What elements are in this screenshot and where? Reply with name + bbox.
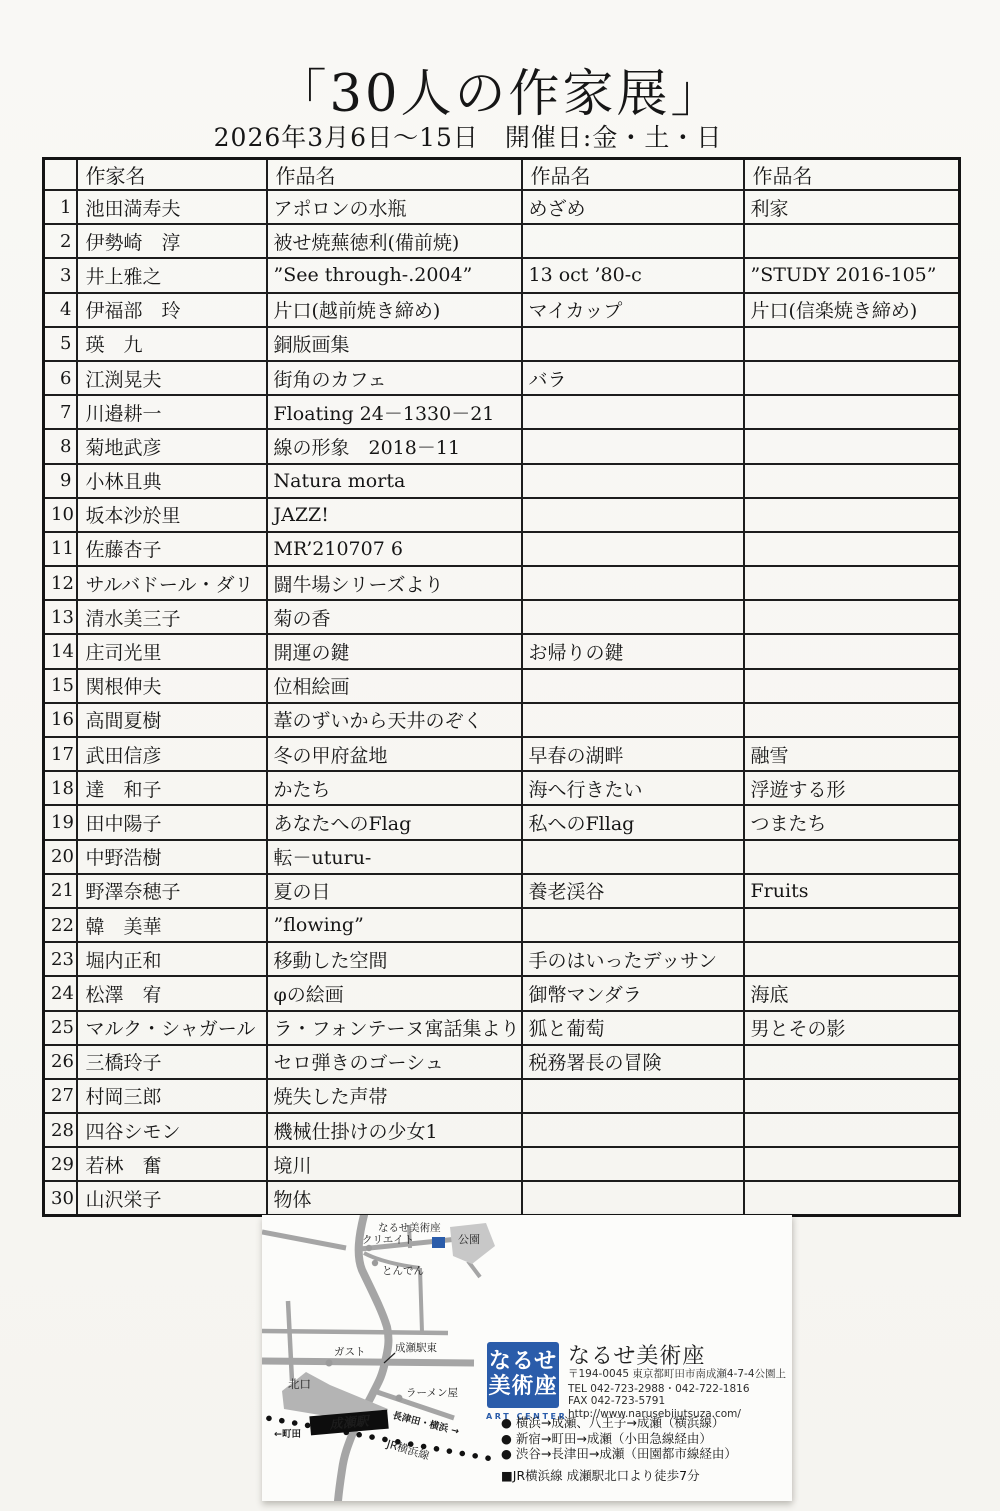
work-title-3: 浮遊する形 [744,771,960,805]
work-title-1: ラ・フォンテーヌ寓話集より [267,1011,522,1045]
artist-name: 佐藤杏子 [77,532,267,566]
gallery-logo: なるせ 美術座 [487,1342,559,1408]
header-work3: 作品名 [744,159,960,191]
row-number: 13 [44,600,77,634]
row-number: 21 [44,874,77,908]
work-title-1: 被せ焼蕪徳利(備前焼) [267,224,522,258]
table-row: 2伊勢崎 淳被せ焼蕪徳利(備前焼) [44,224,960,258]
table-row: 17武田信彦冬の甲府盆地早春の湖畔融雪 [44,737,960,771]
table-row: 25マルク・シャガールラ・フォンテーヌ寓話集より狐と葡萄男とその影 [44,1011,960,1045]
row-number: 6 [44,361,77,395]
row-number: 16 [44,703,77,737]
work-title-2: めざめ [522,190,744,224]
row-number: 22 [44,908,77,942]
exhibition-dates: 2026年3月6日〜15日 開催日:金・土・日 [0,118,1000,154]
artist-name: 菊地武彦 [77,429,267,463]
artist-name: 高間夏樹 [77,703,267,737]
work-title-2: 御幣マンダラ [522,976,744,1010]
artist-name: 達 和子 [77,771,267,805]
artist-name: 伊福部 玲 [77,293,267,327]
access-route-2: ● 新宿→町田→成瀬（小田急線経由） [501,1431,737,1447]
table-row: 26三橋玲子セロ弾きのゴーシュ税務署長の冒険 [44,1045,960,1079]
header-work2: 作品名 [522,159,744,191]
access-routes: ● 横浜→成瀬、八王子→成瀬（横浜線） ● 新宿→町田→成瀬（小田急線経由） ●… [501,1415,737,1462]
work-title-2: 養老渓谷 [522,874,744,908]
table-row: 23堀内正和移動した空間手のはいったデッサン [44,942,960,976]
work-title-3 [744,669,960,703]
work-title-1: 菊の香 [267,600,522,634]
row-number: 17 [44,737,77,771]
table-row: 15関根伸夫位相絵画 [44,669,960,703]
work-title-3 [744,942,960,976]
map-ramen-dot [396,1395,403,1402]
table-row: 24松澤 宥φの絵画御幣マンダラ海底 [44,976,960,1010]
artist-name: 野澤奈穂子 [77,874,267,908]
gallery-fax: FAX 042-723-5791 [568,1395,665,1407]
work-title-2 [522,224,744,258]
work-title-1: 物体 [267,1181,522,1215]
work-title-3 [744,464,960,498]
work-title-3 [744,224,960,258]
row-number: 29 [44,1147,77,1181]
header-number [44,159,77,191]
page-title: 「30人の作家展」 [0,52,1000,126]
work-title-1: 開運の鍵 [267,634,522,668]
work-title-1: MR’210707 6 [267,532,522,566]
work-title-3: つまたち [744,805,960,839]
gallery-logo-line1: なるせ [489,1350,557,1375]
artist-name: 若林 奮 [77,1147,267,1181]
table-row: 9小林且典Natura morta [44,464,960,498]
artist-name: 堀内正和 [77,942,267,976]
row-number: 27 [44,1079,77,1113]
row-number: 4 [44,293,77,327]
row-number: 20 [44,840,77,874]
map-venue-marker [432,1237,445,1248]
table-row: 7川邉耕一Floating 24－1330－21 [44,395,960,429]
table-row: 20中野浩樹転－uturu- [44,840,960,874]
row-number: 3 [44,258,77,292]
work-title-3 [744,703,960,737]
work-title-1: 線の形象 2018－11 [267,429,522,463]
row-number: 2 [44,224,77,258]
work-title-2 [522,1181,744,1215]
row-number: 30 [44,1181,77,1215]
machida-label: ←町田 [274,1429,301,1440]
work-title-3 [744,395,960,429]
work-title-2: 狐と葡萄 [522,1011,744,1045]
gallery-address: 〒194-0045 東京都町田市南成瀬4-7-4公園上 [568,1366,786,1381]
table-row: 22韓 美華”flowing” [44,908,960,942]
north-exit-label: 北口 [288,1377,311,1391]
work-title-2 [522,840,744,874]
work-title-1: 冬の甲府盆地 [267,737,522,771]
work-title-2 [522,600,744,634]
work-title-1: 銅版画集 [267,327,522,361]
row-number: 25 [44,1011,77,1045]
work-title-2 [522,703,744,737]
row-number: 23 [44,942,77,976]
work-title-3: 海底 [744,976,960,1010]
work-title-3: 片口(信楽焼き締め) [744,293,960,327]
artist-name: 池田満寿夫 [77,190,267,224]
table-row: 3井上雅之”See through-.2004”13 oct ’80-c”STU… [44,258,960,292]
work-title-1: 機械仕掛けの少女1 [267,1113,522,1147]
row-number: 28 [44,1113,77,1147]
work-title-1: アポロンの水瓶 [267,190,522,224]
table-row: 16高間夏樹葦のずいから天井のぞく [44,703,960,737]
artist-name: 韓 美華 [77,908,267,942]
work-title-1: 移動した空間 [267,942,522,976]
artist-name: 村岡三郎 [77,1079,267,1113]
row-number: 19 [44,805,77,839]
work-title-3: 融雪 [744,737,960,771]
work-title-3 [744,1113,960,1147]
table-row: 19田中陽子あなたへのFlag私へのFllagつまたち [44,805,960,839]
header-work1: 作品名 [267,159,522,191]
map-road-topleft [262,1232,346,1248]
work-title-1: 街角のカフェ [267,361,522,395]
map-road-park-stub [468,1261,480,1277]
table-row: 21野澤奈穂子夏の日養老渓谷Fruits [44,874,960,908]
table-row: 30山沢栄子物体 [44,1181,960,1215]
artist-name: 三橋玲子 [77,1045,267,1079]
ramen-label: ラーメン屋 [406,1387,458,1399]
work-title-3 [744,840,960,874]
artist-name: 伊勢崎 淳 [77,224,267,258]
work-title-1: 焼失した声帯 [267,1079,522,1113]
table-row: 6江渕晃夫街角のカフェバラ [44,361,960,395]
table-row: 27村岡三郎焼失した声帯 [44,1079,960,1113]
work-title-2: 早春の湖畔 [522,737,744,771]
access-map: 成瀬駅 なるせ美術座 クリエイト 公園 とんでん ガスト 成瀬駅東 北口 ラーメ… [262,1215,514,1501]
work-title-2 [522,532,744,566]
work-title-1: かたち [267,771,522,805]
artist-name: 松澤 宥 [77,976,267,1010]
work-title-1: Natura morta [267,464,522,498]
work-title-2: 海へ行きたい [522,771,744,805]
work-title-3 [744,327,960,361]
map-road-left-vertical [288,1301,292,1381]
artist-name: 清水美三子 [77,600,267,634]
map-road-tonden-vertical [420,1268,422,1332]
table-row: 14庄司光里開運の鍵お帰りの鍵 [44,634,960,668]
work-title-3: Fruits [744,874,960,908]
artist-name: 小林且典 [77,464,267,498]
work-title-2 [522,908,744,942]
work-title-3 [744,1181,960,1215]
artist-name: 武田信彦 [77,737,267,771]
tonden-label: とんでん [382,1265,424,1277]
work-title-2 [522,429,744,463]
artists-table: 作家名 作品名 作品名 作品名 1池田満寿夫アポロンの水瓶めざめ利家2伊勢崎 淳… [42,157,961,1217]
artist-name: マルク・シャガール [77,1011,267,1045]
work-title-3 [744,429,960,463]
row-number: 9 [44,464,77,498]
work-title-1: 境川 [267,1147,522,1181]
work-title-2 [522,498,744,532]
work-title-1: セロ弾きのゴーシュ [267,1045,522,1079]
row-number: 15 [44,669,77,703]
table-row: 5瑛 九銅版画集 [44,327,960,361]
work-title-1: ”flowing” [267,908,522,942]
jr-line-label: JR横浜線 [384,1436,431,1463]
map-road-horizontal-thin [262,1331,448,1333]
row-number: 10 [44,498,77,532]
station-east-label: 成瀬駅東 [395,1341,437,1354]
work-title-2 [522,464,744,498]
work-title-3 [744,532,960,566]
row-number: 12 [44,566,77,600]
access-route-1: ● 横浜→成瀬、八王子→成瀬（横浜線） [501,1415,737,1431]
work-title-2: バラ [522,361,744,395]
row-number: 18 [44,771,77,805]
work-title-2: マイカップ [522,293,744,327]
artist-name: 関根伸夫 [77,669,267,703]
work-title-2 [522,327,744,361]
table-body: 1池田満寿夫アポロンの水瓶めざめ利家2伊勢崎 淳被せ焼蕪徳利(備前焼)3井上雅之… [44,190,960,1216]
gusto-label: ガスト [334,1346,366,1358]
row-number: 26 [44,1045,77,1079]
work-title-3 [744,566,960,600]
work-title-1: 葦のずいから天井のぞく [267,703,522,737]
work-title-3: ”STUDY 2016-105” [744,258,960,292]
work-title-3 [744,1045,960,1079]
row-number: 11 [44,532,77,566]
access-card: 成瀬駅 なるせ美術座 クリエイト 公園 とんでん ガスト 成瀬駅東 北口 ラーメ… [262,1215,792,1501]
work-title-3 [744,908,960,942]
work-title-1: JAZZ! [267,498,522,532]
work-title-1: ”See through-.2004” [267,258,522,292]
work-title-1: 夏の日 [267,874,522,908]
table-row: 11佐藤杏子MR’210707 6 [44,532,960,566]
park-label: 公園 [458,1233,480,1246]
table-row: 13清水美三子菊の香 [44,600,960,634]
map-tonden-dot [372,1260,378,1266]
work-title-3: 男とその影 [744,1011,960,1045]
artist-name: 江渕晃夫 [77,361,267,395]
yokohama-direction-label: 長津田・横浜 → [391,1409,460,1437]
map-road-horizontal-thick [262,1361,474,1363]
work-title-1: φの絵画 [267,976,522,1010]
work-title-2: 私へのFllag [522,805,744,839]
artist-name: 井上雅之 [77,258,267,292]
work-title-2 [522,1113,744,1147]
work-title-1: 闘牛場シリーズより [267,566,522,600]
artist-name: 瑛 九 [77,327,267,361]
row-number: 8 [44,429,77,463]
table-row: 8菊地武彦線の形象 2018－11 [44,429,960,463]
work-title-3: 利家 [744,190,960,224]
row-number: 14 [44,634,77,668]
gallery-logo-line2: 美術座 [488,1375,557,1400]
work-title-2 [522,1079,744,1113]
work-title-2 [522,669,744,703]
table-row: 1池田満寿夫アポロンの水瓶めざめ利家 [44,190,960,224]
access-route-3: ● 渋谷→長津田→成瀬（田園都市線経由） [501,1446,737,1462]
create-label: クリエイト [362,1234,414,1246]
work-title-2: 手のはいったデッサン [522,942,744,976]
table-row: 18達 和子かたち海へ行きたい浮遊する形 [44,771,960,805]
artist-name: 田中陽子 [77,805,267,839]
map-gusto-dot [326,1360,333,1367]
table-row: 10坂本沙於里JAZZ! [44,498,960,532]
work-title-1: 転－uturu- [267,840,522,874]
table-row: 4伊福部 玲片口(越前焼き締め)マイカップ片口(信楽焼き締め) [44,293,960,327]
gallery-tel: TEL 042-723-2988・042-722-1816 [568,1381,750,1396]
table-row: 12サルバドール・ダリ闘牛場シリーズより [44,566,960,600]
row-number: 1 [44,190,77,224]
work-title-2 [522,566,744,600]
table-row: 29若林 奮境川 [44,1147,960,1181]
artist-name: 坂本沙於里 [77,498,267,532]
work-title-2: 税務署長の冒険 [522,1045,744,1079]
table-row: 28四谷シモン機械仕掛けの少女1 [44,1113,960,1147]
work-title-3 [744,634,960,668]
work-title-3 [744,361,960,395]
work-title-1: Floating 24－1330－21 [267,395,522,429]
work-title-2: 13 oct ’80-c [522,258,744,292]
row-number: 24 [44,976,77,1010]
artist-name: 川邉耕一 [77,395,267,429]
work-title-3 [744,498,960,532]
row-number: 7 [44,395,77,429]
walking-directions: ■JR横浜線 成瀬駅北口より徒歩7分 [501,1466,700,1484]
work-title-2: お帰りの鍵 [522,634,744,668]
artist-name: 山沢栄子 [77,1181,267,1215]
work-title-3 [744,600,960,634]
work-title-3 [744,1079,960,1113]
row-number: 5 [44,327,77,361]
work-title-2 [522,1147,744,1181]
artist-name: 四谷シモン [77,1113,267,1147]
table-header-row: 作家名 作品名 作品名 作品名 [44,159,960,191]
work-title-3 [744,1147,960,1181]
scanned-exhibition-flyer: 「30人の作家展」 2026年3月6日〜15日 開催日:金・土・日 作家名 作品… [0,0,1000,1511]
work-title-1: 片口(越前焼き締め) [267,293,522,327]
venue-map-label: なるせ美術座 [378,1221,441,1234]
artist-name: 庄司光里 [77,634,267,668]
work-title-1: 位相絵画 [267,669,522,703]
work-title-2 [522,395,744,429]
artist-name: サルバドール・ダリ [77,566,267,600]
header-artist: 作家名 [77,159,267,191]
artist-name: 中野浩樹 [77,840,267,874]
work-title-1: あなたへのFlag [267,805,522,839]
